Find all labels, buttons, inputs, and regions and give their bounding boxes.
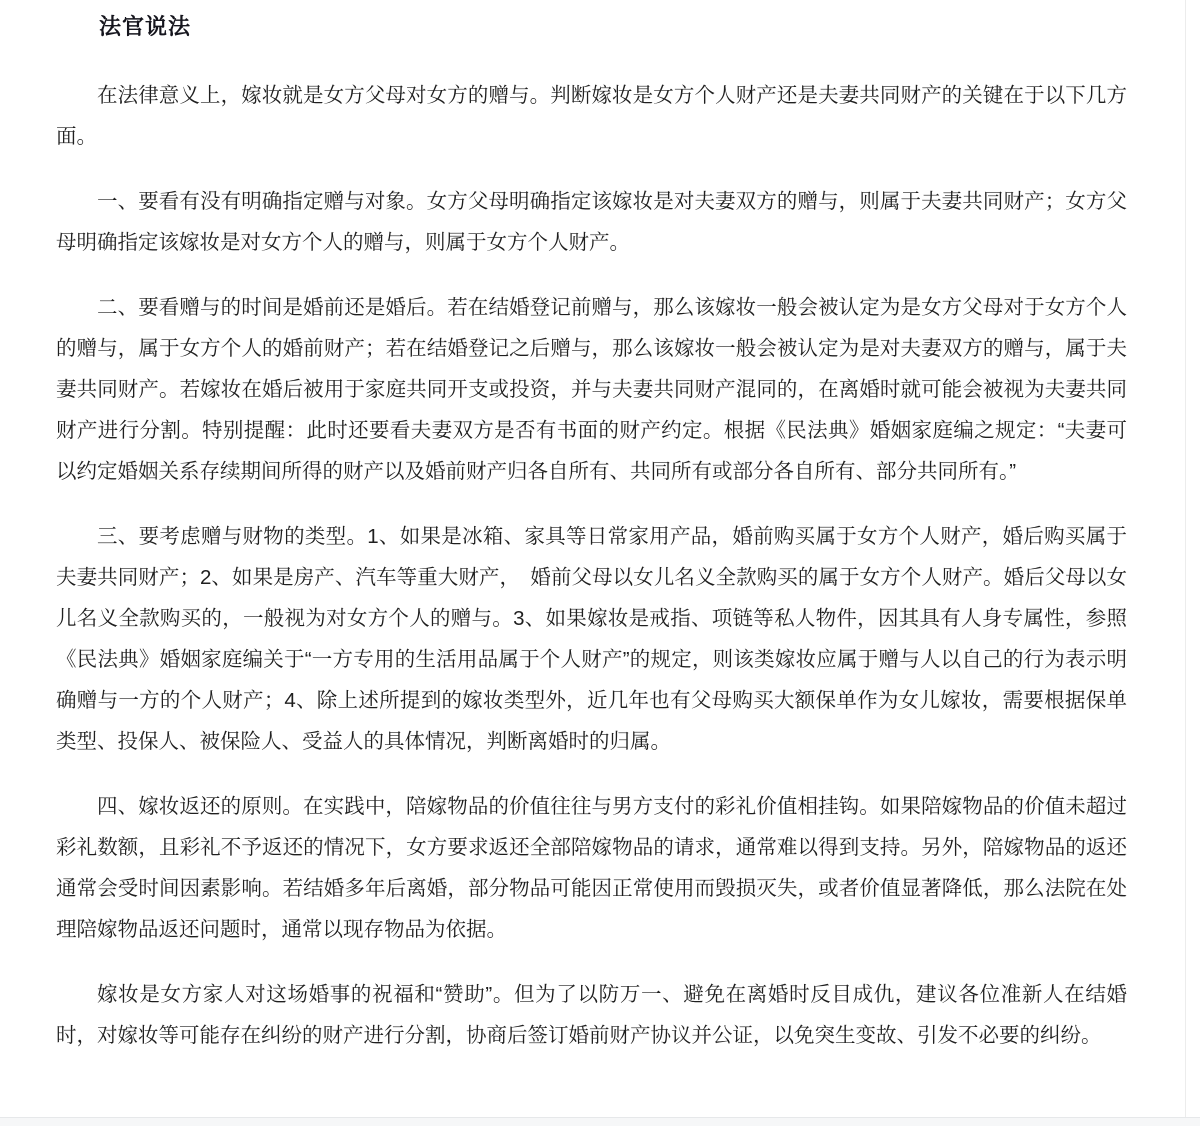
article-page: 法官说法 在法律意义上，嫁妆就是女方父母对女方的赠与。判断嫁妆是女方个人财产还是… [0, 0, 1200, 1126]
paragraph-conclusion: 嫁妆是女方家人对这场婚事的祝福和“赞助”。但为了以防万一、避免在离婚时反目成仇，… [56, 974, 1127, 1056]
paragraph-point-4: 四、嫁妆返还的原则。在实践中，陪嫁物品的价值往往与男方支付的彩礼价值相挂钩。如果… [56, 786, 1127, 950]
article-content: 法官说法 在法律意义上，嫁妆就是女方父母对女方的赠与。判断嫁妆是女方个人财产还是… [0, 0, 1186, 1117]
paragraph-point-2: 二、要看赠与的时间是婚前还是婚后。若在结婚登记前赠与，那么该嫁妆一般会被认定为是… [56, 287, 1127, 492]
article-title: 法官说法 [99, 12, 1127, 42]
paragraph-point-3: 三、要考虑赠与财物的类型。1、如果是冰箱、家具等日常家用产品，婚前购买属于女方个… [56, 516, 1127, 762]
section-divider [0, 1117, 1200, 1126]
paragraph-point-1: 一、要看有没有明确指定赠与对象。女方父母明确指定该嫁妆是对夫妻双方的赠与，则属于… [56, 181, 1127, 263]
paragraph-intro: 在法律意义上，嫁妆就是女方父母对女方的赠与。判断嫁妆是女方个人财产还是夫妻共同财… [56, 75, 1127, 157]
